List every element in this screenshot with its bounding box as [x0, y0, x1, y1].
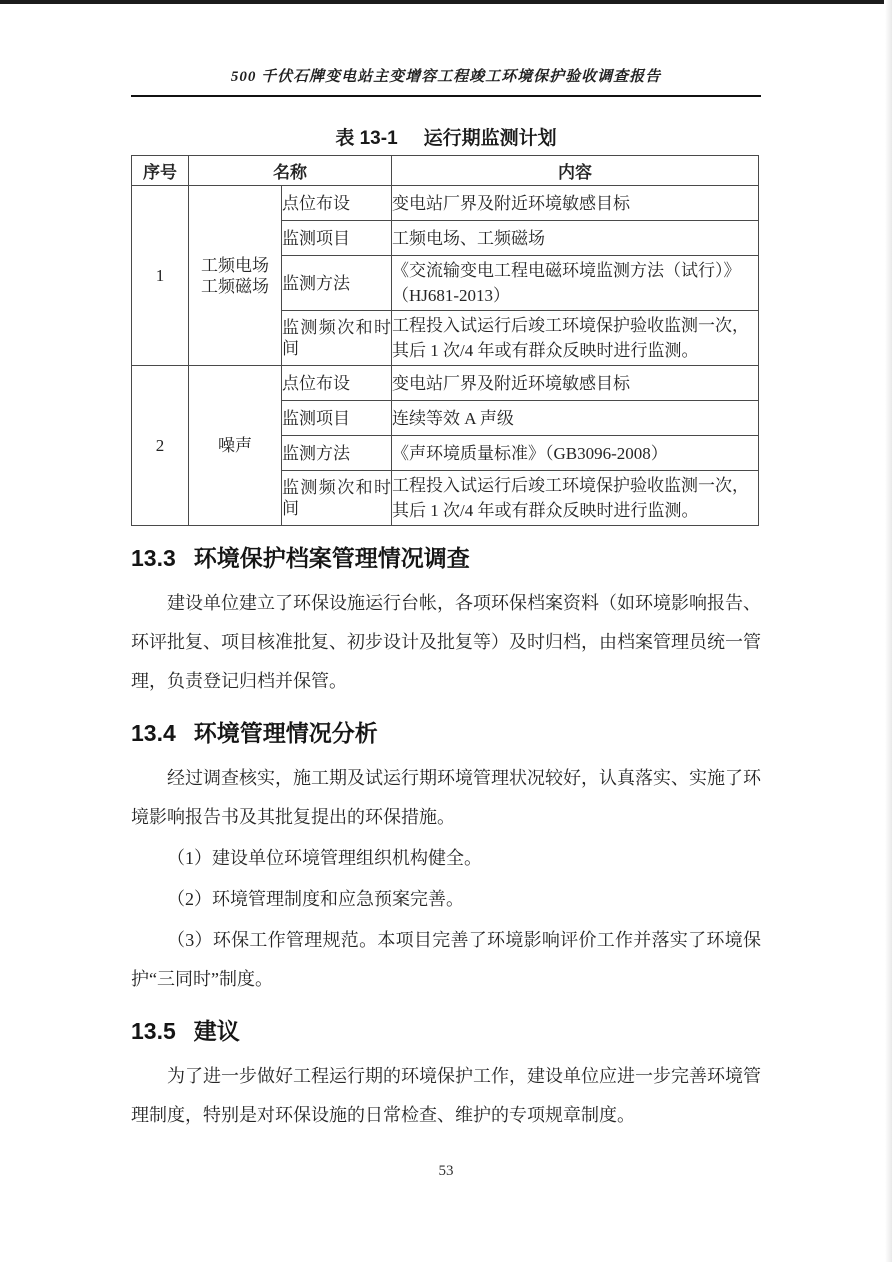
header-cell-name: 名称 — [189, 156, 392, 186]
section-number: 13.4 — [131, 720, 176, 746]
page-content: 500 千伏石牌变电站主变增容工程竣工环境保护验收调查报告 表 13-1运行期监… — [131, 0, 761, 1135]
section-number: 13.3 — [131, 545, 176, 571]
section-number: 13.5 — [131, 1018, 176, 1044]
row-index-cell: 1 — [132, 186, 189, 366]
item-content-cell: 变电站厂界及附近环境敏感目标 — [392, 186, 759, 221]
row-index-cell: 2 — [132, 366, 189, 526]
item-label-cell: 监测方法 — [282, 256, 392, 311]
item-content-cell: 《声环境质量标准》（GB3096-2008） — [392, 436, 759, 471]
item-label-cell: 监测方法 — [282, 436, 392, 471]
report-title-header: 500 千伏石牌变电站主变增容工程竣工环境保护验收调查报告 — [131, 66, 761, 88]
monitoring-plan-table: 序号 名称 内容 1 工频电场 工频磁场 点位布设 变电站厂界及附近环境敏感目标… — [131, 155, 759, 526]
row-name-line: 工频电场 — [189, 255, 281, 276]
section-title: 环境保护档案管理情况调查 — [194, 545, 470, 571]
item-content-cell: 工频电场、工频磁场 — [392, 221, 759, 256]
section-heading-13-5: 13.5建议 — [131, 1015, 761, 1047]
item-label-cell: 监测频次和时间 — [282, 311, 392, 366]
section-heading-13-4: 13.4环境管理情况分析 — [131, 717, 761, 749]
section-paragraph: 为了进一步做好工程运行期的环境保护工作，建设单位应进一步完善环境管理制度，特别是… — [131, 1057, 761, 1135]
item-label-cell: 监测项目 — [282, 221, 392, 256]
section-list-item: （3）环保工作管理规范。本项目完善了环境影响评价工作并落实了环境保护“三同时”制… — [131, 921, 761, 999]
item-label-cell: 监测频次和时间 — [282, 471, 392, 526]
section-paragraph: 建设单位建立了环保设施运行台帐，各项环保档案资料（如环境影响报告、环评批复、项目… — [131, 584, 761, 701]
section-title: 建议 — [194, 1018, 240, 1044]
section-heading-13-3: 13.3环境保护档案管理情况调查 — [131, 542, 761, 574]
row-name-line: 工频磁场 — [189, 276, 281, 297]
row-name-line: 噪声 — [189, 435, 281, 456]
section-title: 环境管理情况分析 — [194, 720, 378, 746]
item-label-cell: 点位布设 — [282, 186, 392, 221]
item-content-cell: 工程投入试运行后竣工环境保护验收监测一次，其后 1 次/4 年或有群众反映时进行… — [392, 471, 759, 526]
item-content-cell: 《交流输变电工程电磁环境监测方法（试行）》（HJ681-2013） — [392, 256, 759, 311]
section-list-item: （1）建设单位环境管理组织机构健全。 — [131, 839, 761, 878]
table-row: 2 噪声 点位布设 变电站厂界及附近环境敏感目标 — [132, 366, 759, 401]
row-name-cell: 噪声 — [189, 366, 282, 526]
section-paragraph: 经过调查核实，施工期及试运行期环境管理状况较好，认真落实、实施了环境影响报告书及… — [131, 759, 761, 837]
item-label-cell: 监测项目 — [282, 401, 392, 436]
section-list-item: （2）环境管理制度和应急预案完善。 — [131, 880, 761, 919]
table-row: 1 工频电场 工频磁场 点位布设 变电站厂界及附近环境敏感目标 — [132, 186, 759, 221]
header-cell-content: 内容 — [392, 156, 759, 186]
item-content-cell: 连续等效 A 声级 — [392, 401, 759, 436]
item-label-cell: 点位布设 — [282, 366, 392, 401]
table-title-label: 表 13-1 — [335, 128, 397, 149]
header-rule — [131, 95, 761, 97]
page-number: 53 — [0, 1163, 892, 1180]
header-cell-index: 序号 — [132, 156, 189, 186]
page-edge-shadow — [885, 0, 892, 1262]
item-content-cell: 工程投入试运行后竣工环境保护验收监测一次，其后 1 次/4 年或有群众反映时进行… — [392, 311, 759, 366]
table-header-row: 序号 名称 内容 — [132, 156, 759, 186]
item-content-cell: 变电站厂界及附近环境敏感目标 — [392, 366, 759, 401]
table-title: 表 13-1运行期监测计划 — [131, 123, 761, 150]
row-name-cell: 工频电场 工频磁场 — [189, 186, 282, 366]
table-title-text: 运行期监测计划 — [424, 128, 557, 149]
